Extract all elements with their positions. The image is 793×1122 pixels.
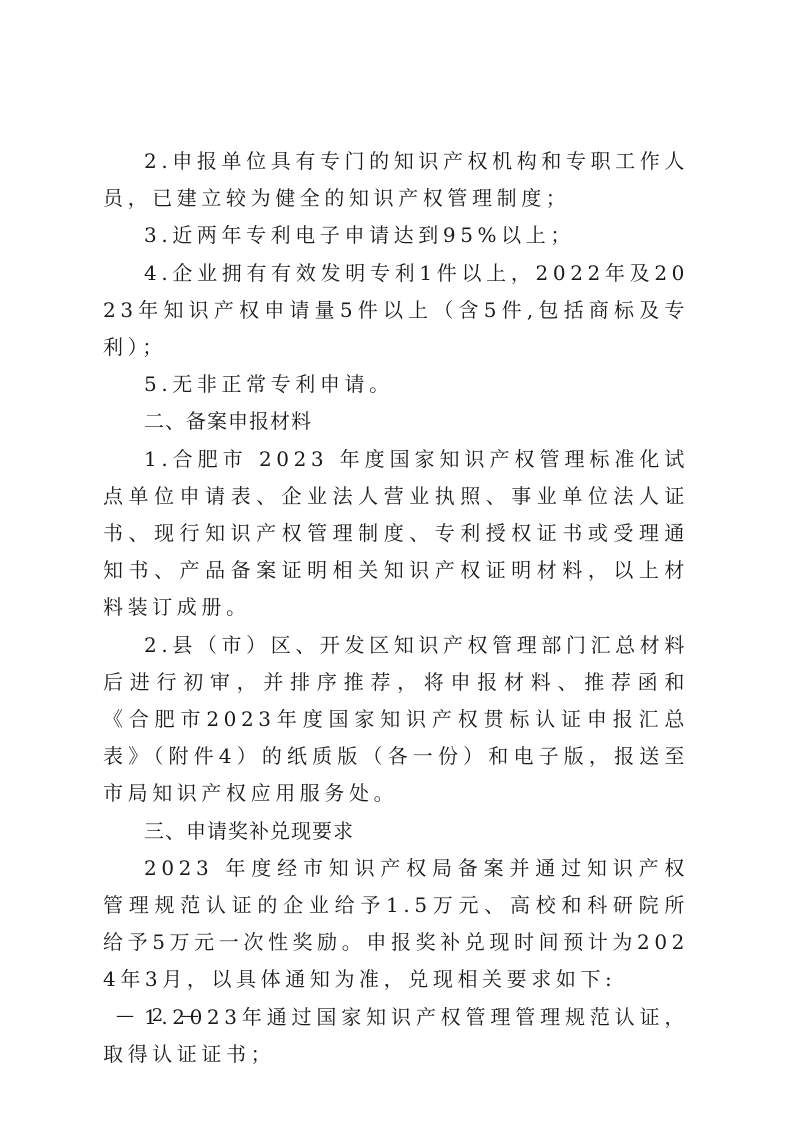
subsidy-intro-paragraph: 2023 年度经市知识产权局备案并通过知识产权管理规范认证的企业给予1.5万元、…: [103, 850, 689, 999]
section-heading-filing-materials: 二、备案申报材料: [103, 403, 689, 440]
document-page: 2.申报单位具有专门的知识产权机构和专职工作人员，已建立较为健全的知识产权管理制…: [103, 143, 689, 1073]
materials-item-1: 1.合肥市 2023 年度国家知识产权管理标准化试点单位申请表、企业法人营业执照…: [103, 441, 689, 627]
requirement-item-4: 4.企业拥有有效发明专利1件以上，2022年及2023年知识产权申请量5件以上（…: [103, 255, 689, 367]
page-number: — 2 —: [116, 1005, 205, 1026]
section-heading-subsidy-requirements: 三、申请奖补兑现要求: [103, 813, 689, 850]
requirement-item-2: 2.申报单位具有专门的知识产权机构和专职工作人员，已建立较为健全的知识产权管理制…: [103, 143, 689, 217]
materials-item-2: 2.县（市）区、开发区知识产权管理部门汇总材料后进行初审，并排序推荐，将申报材料…: [103, 627, 689, 813]
requirement-item-5: 5.无非正常专利申请。: [103, 366, 689, 403]
requirement-item-3: 3.近两年专利电子申请达到95%以上；: [103, 217, 689, 254]
